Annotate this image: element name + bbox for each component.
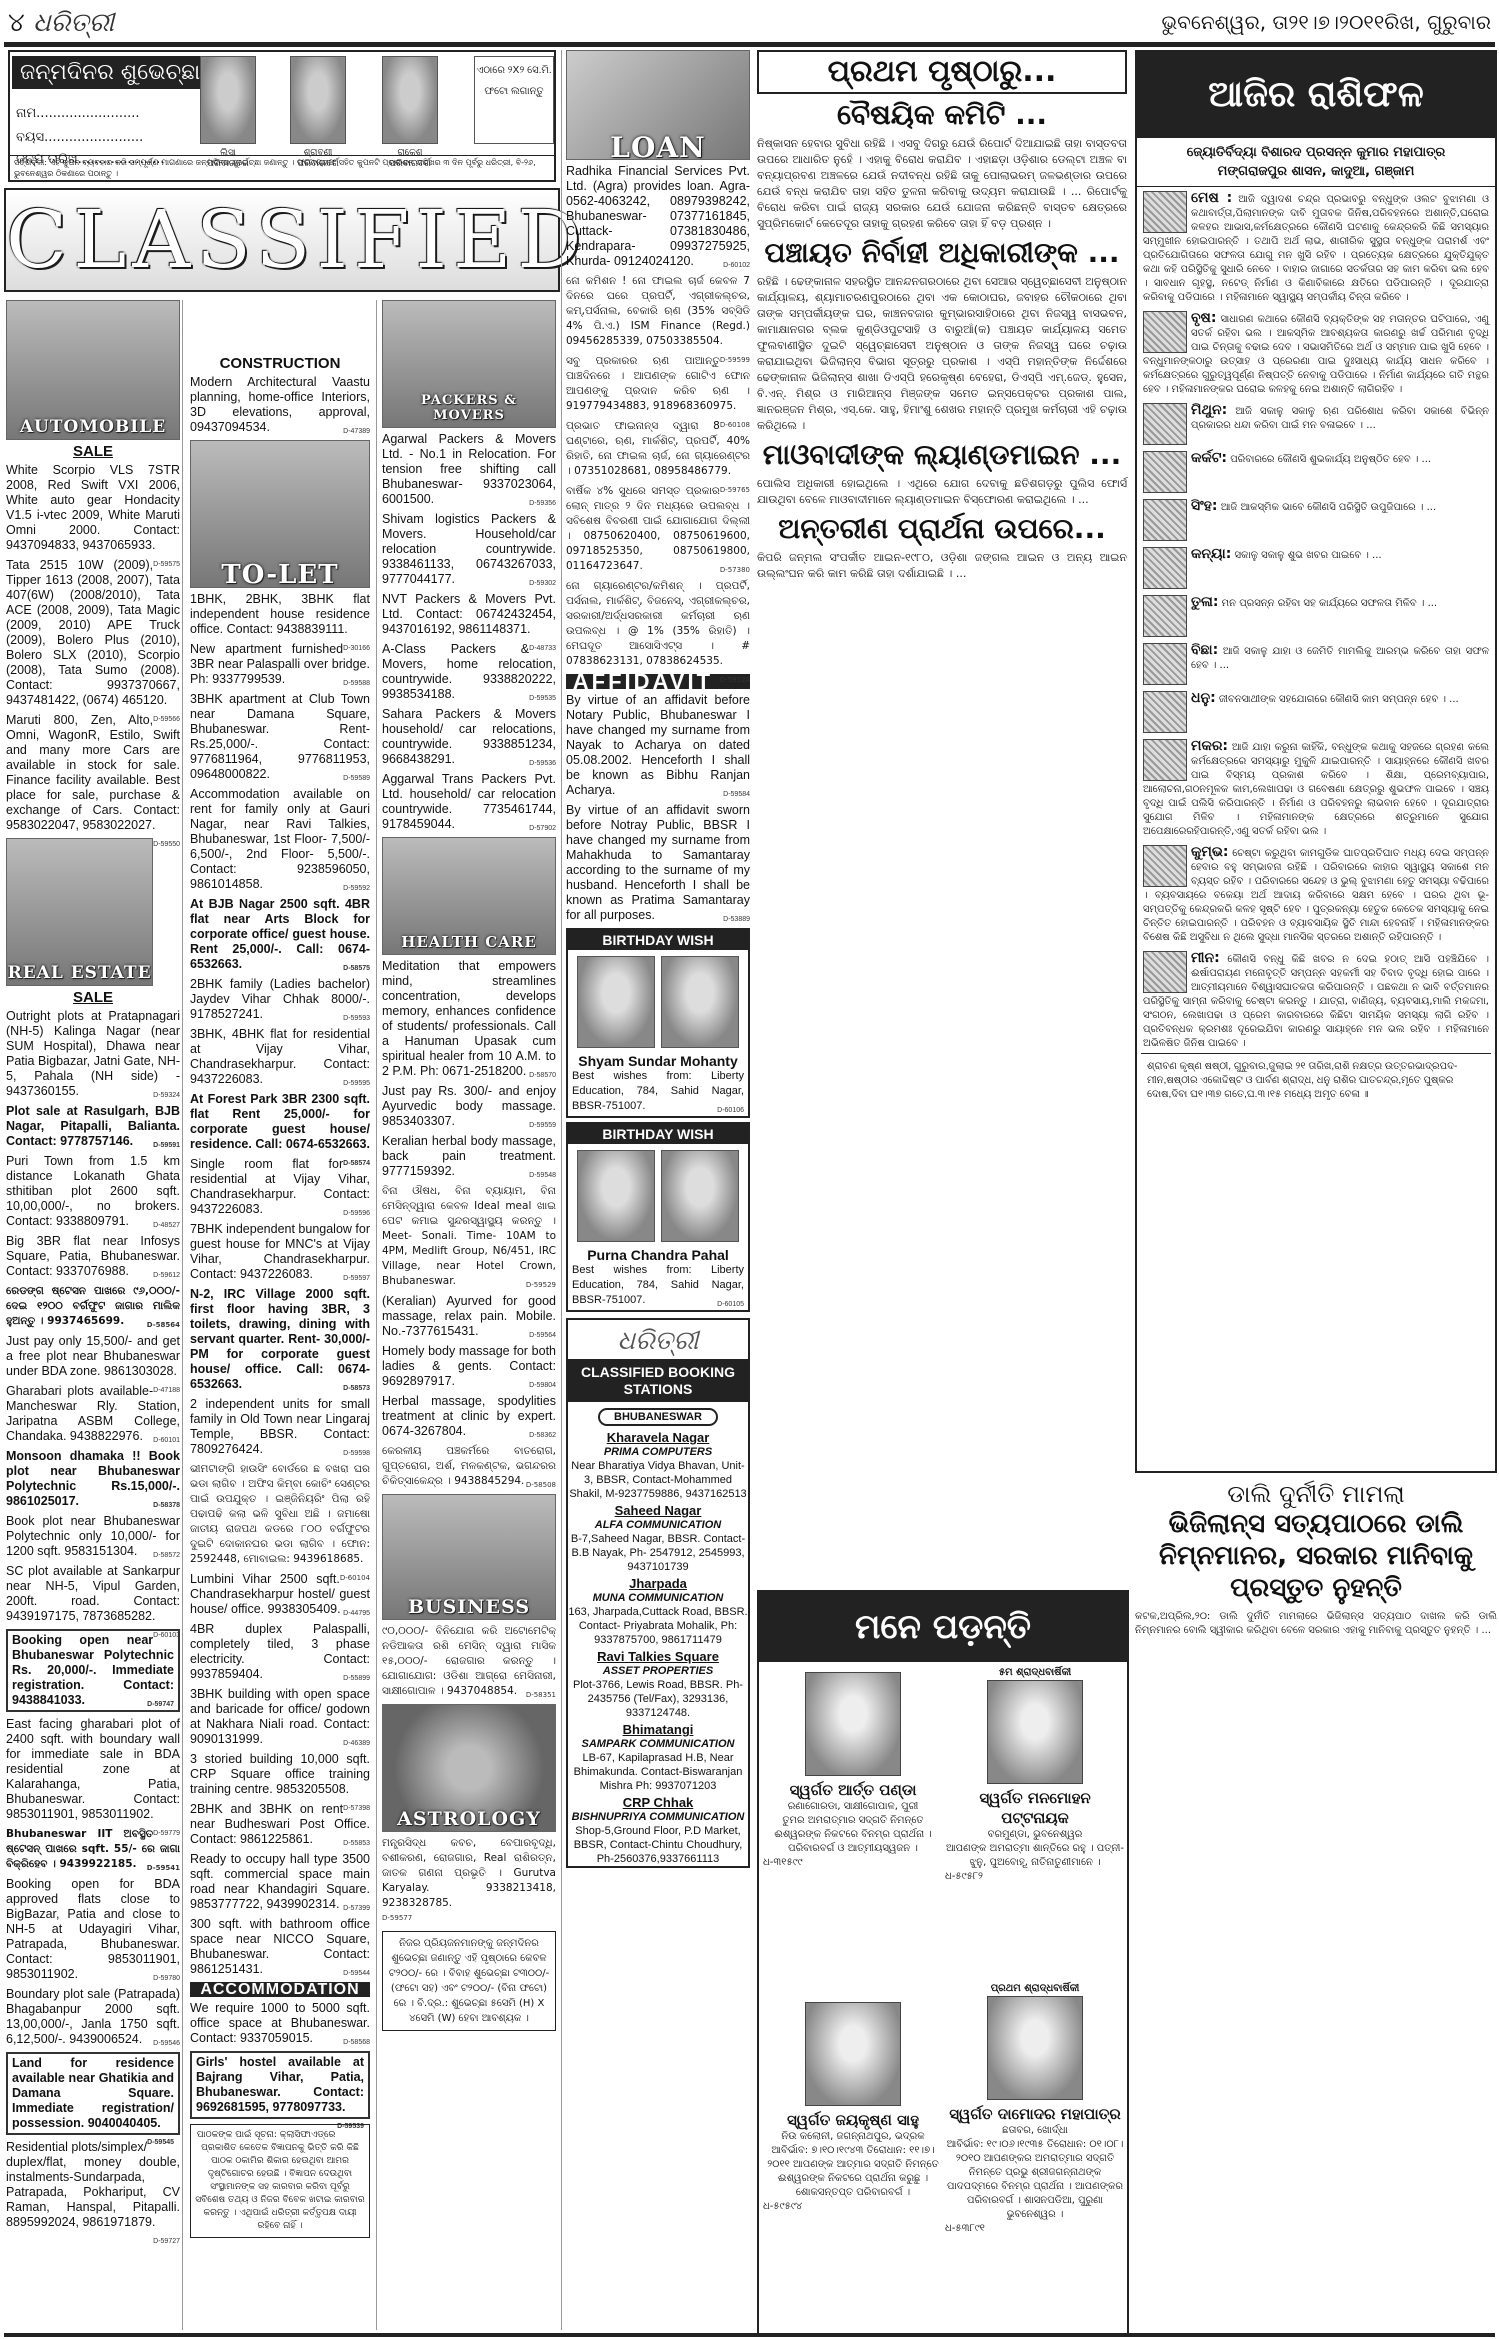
- classified-ad: Maruti 800, Zen, Alto, Omni, WagonR, Est…: [6, 713, 180, 833]
- paper-logo: ଧରିତ୍ରୀ: [568, 1320, 748, 1360]
- classified-ad: 3BHK, 4BHK flat for residential at Vijay…: [190, 1027, 370, 1087]
- classified-ad: 1BHK, 2BHK, 3BHK flat independent house …: [190, 592, 370, 637]
- photo-placeholder: ଏଠାରେ ୨X୨ ସେ.ମି. ଫଟୋ ଲଗାନ୍ତୁ: [474, 56, 554, 144]
- booking-station: Kharavela NagarPRIMA COMPUTERSNear Bhara…: [568, 1431, 748, 1501]
- classified-ad: Plot sale at Rasulgarh, BJB Nagar, Pitap…: [6, 1104, 180, 1149]
- column-automobile-realestate: AUTOMOBILE SALE White Scorpio VLS 7STR 2…: [6, 300, 180, 2249]
- portrait-photo: [987, 1680, 1083, 1784]
- accommodation-heading: ACCOMMODATION: [190, 1982, 370, 1997]
- classified-ad: White Scorpio VLS 7STR 2008, Red Swift V…: [6, 463, 180, 553]
- classified-ad: Land for residence available near Ghatik…: [6, 2052, 180, 2135]
- classified-ad: 3 storied building 10,000 sqft. CRP Squa…: [190, 1752, 370, 1797]
- classified-ad: Big 3BR flat near Infosys Square, Patia,…: [6, 1234, 180, 1279]
- classified-ad: Sahara Packers & Movers household/ car r…: [382, 707, 556, 767]
- classified-ad: Residential plots/simplex/ duplex/flat, …: [6, 2140, 180, 2230]
- flowers-photo: [661, 1150, 739, 1242]
- classified-ad: Tata 2515 10W (2009), Tipper 1613 (2008,…: [6, 558, 180, 708]
- classified-ad: By virtue of an affidavit before Notary …: [566, 693, 750, 798]
- obituary-entry: ୫ମ ଶ୍ରାଦ୍ଧବାର୍ଷିକୀସ୍ୱର୍ଗତ ମନମୋହନ ପଟ୍ଟନାୟ…: [945, 1666, 1125, 1884]
- classified-ad: Modern Architectural Vaastu planning, ho…: [190, 375, 370, 435]
- classified-ad: Girls' hostel available at Bajrang Vihar…: [190, 2051, 370, 2119]
- booking-station: CRP ChhakBISHNUPRIYA COMMUNICATIONShop-5…: [568, 1796, 748, 1866]
- horoscope-sign: ବିଛା: ଆଜି ସକାଳୁ ଯାହା ଓ ଜେମିତି ମାମଲିକୁ ଆର…: [1137, 639, 1495, 687]
- booking-stations: ଧରିତ୍ରୀ CLASSIFIED BOOKING STATIONS BHUB…: [566, 1318, 750, 1868]
- horoscope-sign: ମିଥୁନ: ଆଜି ସକାଳୁ ସକାଳୁ ଋଣ ପରିଶୋଧ କରିବା ସ…: [1137, 399, 1495, 447]
- birthday-wish: BIRTHDAY WISHShyam Sundar MohantyBest wi…: [566, 928, 750, 1118]
- zodiac-icon: [1143, 499, 1187, 541]
- booking-station: Saheed NagarALFA COMMUNICATIONB-7,Saheed…: [568, 1504, 748, 1574]
- section-heading: SALE: [6, 444, 180, 459]
- classified-ad: We require 1000 to 5000 sqft. office spa…: [190, 2001, 370, 2046]
- astrologer-byline: ଜ୍ୟୋତିର୍ବିଦ୍ୟା ବିଶାରଦ ପ୍ରସନ୍ନ କୁମାର ମହାପ…: [1137, 138, 1495, 187]
- story-headline: ଭିଜିଲାନ୍ସ ସତ୍ୟପାଠରେ ଡାଲି ନିମ୍ନମାନର, ସରକା…: [1135, 1508, 1497, 1604]
- column-construction-tolet: CONSTRUCTION Modern Architectural Vaastu…: [190, 362, 370, 2238]
- coupon-name-field: ନାମ.........................: [16, 106, 139, 121]
- column-divider: [182, 300, 183, 2330]
- masthead: ୪ ଧରିତ୍ରୀ ଭୁବନେଶ୍ୱର, ତା୨୧।୭।୨୦୧୧ରିଖ, ଗୁର…: [0, 0, 1499, 48]
- zodiac-icon: [1143, 951, 1187, 993]
- paper-logo: ଧରିତ୍ରୀ: [33, 8, 114, 38]
- classified-ad: ନୋ କମିଶନ ! ନୋ ଫାଇଲ ଚାର୍ଜ କେବଳ 7 ଦିନରେ ଘର…: [566, 274, 750, 349]
- masthead-rule: [4, 42, 1495, 47]
- coupon-terms: ସର୍ତ୍ତାବଳୀ: ଏହି କୁପନ ବ୍ୟବହାର କରି ସମ୍ପୂର୍…: [10, 155, 554, 180]
- portrait-photo: [577, 1150, 655, 1242]
- obituaries-box: ମନେ ପଡ଼ନ୍ତି ସ୍ୱର୍ଗତ ଆର୍ତ୍ତ ପଣ୍ଡାରଣାଗୋରଡା…: [757, 1590, 1129, 2335]
- classified-ad: Just pay only 15,500/- and get a free pl…: [6, 1334, 180, 1379]
- classified-ad: Homely body massage for both ladies & ge…: [382, 1344, 556, 1389]
- front-page-continuation: ପ୍ରଥମ ପୃଷ୍ଠାରୁ... ବୈଷୟିକ କମିଟି ...ନିଷ୍କା…: [757, 50, 1127, 582]
- child-photo: [290, 56, 346, 144]
- zodiac-icon: [1143, 595, 1187, 637]
- portrait-photo: [805, 1672, 901, 1776]
- obituary-entry: ସ୍ୱର୍ଗତ ଆର୍ତ୍ତ ପଣ୍ଡାରଣାଗୋରଡା, ସାକ୍ଷୀଗୋପା…: [763, 1672, 943, 1870]
- obituary-entry: ପ୍ରଥମ ଶ୍ରାଦ୍ଧବାର୍ଷିକୀସ୍ୱର୍ଗତ ଦାମୋଦର ମହାପ…: [945, 1982, 1125, 2236]
- news-story: ପଞ୍ଚାୟତ ନିର୍ବାହୀ ଅଧିକାରୀଙ୍କ ...ରହିଛି । ଢ…: [757, 236, 1127, 434]
- classified-ad: 2BHK and 3BHK on rent near Budheswari Po…: [190, 1802, 370, 1847]
- zodiac-icon: [1143, 191, 1187, 233]
- classified-ad: By virtue of an affidavit sworn before N…: [566, 803, 750, 923]
- classified-ad: 7BHK independent bungalow for guest hous…: [190, 1222, 370, 1282]
- horoscope-sign: ମକର: ଆଜି ଯାହା କରୁନା କାହିଁକି, ବନ୍ଧୁଙ୍କ କଥ…: [1137, 735, 1495, 841]
- zodiac-icon: [1143, 845, 1187, 887]
- classified-ad: Radhika Financial Services Pvt. Ltd. (Ag…: [566, 164, 750, 269]
- classified-ad: ଭୀମଟାଙ୍ଗି ହାଉସିଂ ବୋର୍ଡରେ ଛ ବଖରା ଘର ଭଡା ଲ…: [190, 1462, 370, 1567]
- horoscope-sign: ସିଂହ: ଆଜି ଆକସ୍ମିକ ଭାବେ କୌଣସି ପରିସ୍ଥିତି ଉ…: [1137, 495, 1495, 543]
- birthday-coupon: ଜନ୍ମଦିନର ଶୁଭେଚ୍ଛା ନାମ...................…: [8, 50, 556, 182]
- astrology-banner: ASTROLOGY: [382, 1704, 556, 1832]
- classified-ad: Accommodation available on rent for fami…: [190, 787, 370, 892]
- classified-ad: ୯୦,୦୦୦/- ବିନିଯୋଗ କରି ଅଟୋମେଟିକ୍ ନଡିଆକତା ର…: [382, 1624, 556, 1699]
- packers-movers-banner: PACKERS & MOVERS: [382, 300, 556, 428]
- classified-ad: Agarwal Packers & Movers Ltd. - No.1 in …: [382, 432, 556, 507]
- classified-ad: Puri Town from 1.5 km distance Lokanath …: [6, 1154, 180, 1229]
- greeting-rates-notice: ନିଜର ପ୍ରିୟଜନମାନଙ୍କୁ ଜନ୍ମଦିନର ଶୁଭେଚ୍ଛା ଜଣ…: [382, 1931, 556, 2031]
- horoscope-sign: କୁମ୍ଭ: ଚେଷ୍ଟା କରୁଥିବା କାମଗୁଡିକ ଘାତପ୍ରତିଘ…: [1137, 841, 1495, 947]
- city-label: BHUBANESWAR: [598, 1408, 718, 1426]
- dali-story: ଡାଲି ଦୁର୍ନୀତି ମାମଲା ଭିଜିଲାନ୍ସ ସତ୍ୟପାଠରେ …: [1135, 1480, 1497, 1638]
- portrait-photo: [577, 956, 655, 1048]
- classified-ad: Meditation that empowers mind, streamlin…: [382, 959, 556, 1079]
- classified-ad: Single room flat for residential at Vija…: [190, 1157, 370, 1217]
- booking-station: JharpadaMUNA COMMUNICATION163, Jharpada,…: [568, 1577, 748, 1647]
- classified-ad: Ready to occupy hall type 3500 sqft. com…: [190, 1852, 370, 1912]
- classified-ad: SC plot available at Sankarpur near NH-5…: [6, 1564, 180, 1624]
- classified-ad: NVT Packers & Movers Pvt. Ltd. Contact: …: [382, 592, 556, 637]
- horoscope-sign: ମୀନ: କୌଣସି ବନ୍ଧୁ କିଛି ଖବର ନ ଦେଇ ହଠାତ୍ ଆସ…: [1137, 947, 1495, 1053]
- child-photo: [382, 56, 438, 144]
- news-story: ବୈଷୟିକ କମିଟି ...ନିଷ୍କାସନ ହେବାର ସୁବିଧା ରହ…: [757, 98, 1127, 232]
- zodiac-icon: [1143, 403, 1187, 445]
- front-page-header: ପ୍ରଥମ ପୃଷ୍ଠାରୁ...: [757, 50, 1127, 94]
- booking-stations-title: CLASSIFIED BOOKING STATIONS: [568, 1360, 748, 1402]
- zodiac-icon: [1143, 547, 1187, 589]
- classified-ad: 300 sqft. with bathroom office space nea…: [190, 1917, 370, 1977]
- classified-ad: ବିନା ଔଷଧ, ବିନା ବ୍ୟାୟାମ, ବିନା ମେସିନ୍‌ଦ୍ୱା…: [382, 1184, 556, 1289]
- obituary-entry: ସ୍ୱର୍ଗତ ଜୟକୃଷ୍ଣ ସାହୁନିଉ କଲୋନୀ, ଜଗନ୍ନାଥପୁ…: [763, 2002, 943, 2214]
- portrait-photo: [987, 1996, 1083, 2100]
- section-heading: CONSTRUCTION: [190, 356, 370, 371]
- child-photo: [200, 56, 256, 144]
- column-loan-affidavit: LOAN Radhika Financial Services Pvt. Ltd…: [566, 50, 750, 1868]
- loan-banner: LOAN: [566, 50, 750, 160]
- obituaries-header: ମନେ ପଡ଼ନ୍ତି: [759, 1592, 1127, 1662]
- reader-notice: ପାଠକଙ୍କ ପାଇଁ ସୂଚନା: କ୍ଲାସିଫାଏଡ୍‌ରେ ପ୍ରକା…: [190, 2124, 370, 2238]
- story-body: କଟକ,ଅପ୍ରିଲ,୨୦: ଡାଲି ଦୁର୍ନୀତି ମାମଲାରେ ଭିଜ…: [1135, 1610, 1497, 1638]
- coupon-title: ଜନ୍ମଦିନର ଶୁଭେଚ୍ଛା: [12, 56, 208, 89]
- classified-ad: ରେଡଙ୍ଗ ଷ୍ଟେସନ ପାଖରେ ୯୬,୦୦୦/- ଦେଇ ୧୨୦୦ ବର…: [6, 1284, 180, 1329]
- classified-ad: Book plot near Bhubaneswar Polytechnic o…: [6, 1514, 180, 1559]
- classified-ad: At BJB Nagar 2500 sqft. 4BR flat near Ar…: [190, 897, 370, 972]
- zodiac-icon: [1143, 643, 1187, 685]
- classified-ad: Aggarwal Trans Packers Pvt. Ltd. househo…: [382, 772, 556, 832]
- classified-ad: Just pay Rs. 300/- and enjoy Ayurvedic b…: [382, 1084, 556, 1129]
- horoscope-box: ଆଜିର ରାଶିଫଳ ଜ୍ୟୋତିର୍ବିଦ୍ୟା ବିଶାରଦ ପ୍ରସନ୍…: [1135, 50, 1497, 1473]
- coupon-age-field: ବୟସ........................: [16, 130, 143, 145]
- section-heading: SALE: [6, 990, 180, 1005]
- classified-ad: କେରଳୀୟ ପଞ୍ଚକର୍ମରେ ବାତରୋଗ, ଗୁପ୍ତରୋଗ, ଅର୍ଶ…: [382, 1444, 556, 1489]
- classified-ad: Herbal massage, spodylities treatment at…: [382, 1394, 556, 1439]
- classified-ad: At Forest Park 3BR 2300 sqft. flat Rent …: [190, 1092, 370, 1152]
- news-story: ଅନ୍ତରୀଣ ପ୍ରାର୍ଥନା ଉପରେ...କିପରି ଜନ୍ମଲ ସଂପ…: [757, 512, 1127, 582]
- zodiac-icon: [1143, 739, 1187, 781]
- zodiac-icon: [1143, 691, 1187, 733]
- automobile-banner: AUTOMOBILE: [6, 300, 180, 440]
- dateline: ଭୁବନେଶ୍ୱର, ତା୨୧।୭।୨୦୧୧ରିଖ, ଗୁରୁବାର: [1161, 10, 1491, 34]
- classified-ad: New apartment furnished 3BR near Palaspa…: [190, 642, 370, 687]
- birthday-wish: BIRTHDAY WISHPurna Chandra PahalBest wis…: [566, 1122, 750, 1312]
- classified-ad: 3BHK apartment at Club Town near Damana …: [190, 692, 370, 782]
- story-kicker: ଡାଲି ଦୁର୍ନୀତି ମାମଲା: [1135, 1480, 1497, 1508]
- booking-station: Ravi Talkies SquareASSET PROPERTIESPlot-…: [568, 1650, 748, 1720]
- classified-ad: Monsoon dhamaka !! Book plot near Bhuban…: [6, 1449, 180, 1509]
- real-estate-banner: REAL ESTATE: [6, 838, 153, 986]
- horoscope-sign: ବୃଷ: ସାଧାରଣ କଥାରେ କୌଣସି ବ୍ୟକ୍ତିଙ୍କ ସହ ମତ…: [1137, 307, 1495, 399]
- classified-ad: East facing gharabari plot of 2400 sqft.…: [6, 1717, 180, 1822]
- classified-ad: (Keralian) Ayurved for good massage, rel…: [382, 1294, 556, 1339]
- news-story: ମାଓବାଦୀଙ୍କ ଲ୍ୟାଣ୍ଡମାଇନ ...ପୋଲିସ ଅଧିକାରୀ …: [757, 438, 1127, 508]
- panjika: ଶ୍ରାବଣ କୃଷ୍ଣ ଷଷ୍ଠୀ, ଗୁରୁବାର,ଜୁଲାଇ ୨୧ ତାର…: [1141, 1053, 1491, 1108]
- horoscope-sign: କନ୍ୟା: ସକାଳୁ ସକାଳୁ ଶୁଭ ଖବର ପାଇବେ । ...: [1137, 543, 1495, 591]
- classified-ad: N-2, IRC Village 2000 sqft. first floor …: [190, 1287, 370, 1392]
- classified-ad: ମନ୍ତ୍ରସିଦ୍ଧ କବଚ, ବେପାରବୃଦ୍ଧି, ବଶୀକରଣ, ରୋ…: [382, 1836, 556, 1926]
- column-divider: [376, 300, 377, 2330]
- zodiac-icon: [1143, 311, 1187, 353]
- zodiac-icon: [1143, 451, 1187, 493]
- column-divider: [561, 50, 562, 2330]
- horoscope-sign: କର୍କଟ: ପରିବାରରେ କୌଣସି ଶୁଭକାର୍ଯ୍ୟ ଅନୁଷ୍ଠି…: [1137, 447, 1495, 495]
- classified-ad: Keralian herbal body massage, back pain …: [382, 1134, 556, 1179]
- classified-ad: Boundary plot sale (Patrapada) Bhagabanp…: [6, 1987, 180, 2047]
- horoscope-header: ଆଜିର ରାଶିଫଳ: [1137, 52, 1495, 138]
- horoscope-sign: ଧନୁ: ଜୀବନସାଥୀଙ୍କ ସହଯୋଗରେ କୌଣସି କାମ ସମ୍ପନ…: [1137, 687, 1495, 735]
- column-packers-health-business: PACKERS & MOVERS Agarwal Packers & Mover…: [382, 300, 556, 2031]
- classified-ad: Shivam logistics Packers & Movers. House…: [382, 512, 556, 587]
- page-number-and-logo: ୪ ଧରିତ୍ରୀ: [8, 8, 114, 39]
- classified-ad: 4BR duplex Palaspalli, completely tiled,…: [190, 1622, 370, 1682]
- classified-ad: ନୋ ଗ୍ୟାରେଣ୍ଟର/କମିଶନ୍ । ପ୍ରପର୍ଟି, ପର୍ସନାଲ…: [566, 579, 750, 669]
- flowers-photo: [661, 956, 739, 1048]
- bottom-rule: [4, 2333, 1495, 2337]
- horoscope-sign: ତୁଳା: ମନ ପ୍ରସନ୍ନ ରହିବା ସହ କାର୍ଯ୍ୟରେ ସଫଳତ…: [1137, 591, 1495, 639]
- to-let-banner: TO-LET: [190, 440, 370, 588]
- classified-ad: 3BHK building with open space and barica…: [190, 1687, 370, 1747]
- booking-station: BhimatangiSAMPARK COMMUNICATIONLB-67, Ka…: [568, 1723, 748, 1793]
- horoscope-sign: ମେଷ : ଆଜି ଦ୍ୱାଦଶ ଚନ୍ଦ୍ର ପ୍ରଭାବରୁ ବନ୍ଧୁଙ୍…: [1137, 187, 1495, 307]
- classified-header: CLASSIFIED: [4, 188, 560, 292]
- classified-ad: 2 independent units for small family in …: [190, 1397, 370, 1457]
- classified-ad: 2BHK family (Ladies bachelor) Jaydev Vih…: [190, 977, 370, 1022]
- portrait-photo: [805, 2002, 901, 2106]
- classified-ad: Outright plots at Pratapnagari (NH-5) Ka…: [6, 1009, 180, 1099]
- health-care-banner: HEALTH CARE: [382, 837, 556, 955]
- business-banner: BUSINESS: [382, 1494, 556, 1620]
- classified-ad: Booking open for BDA approved flats clos…: [6, 1877, 180, 1982]
